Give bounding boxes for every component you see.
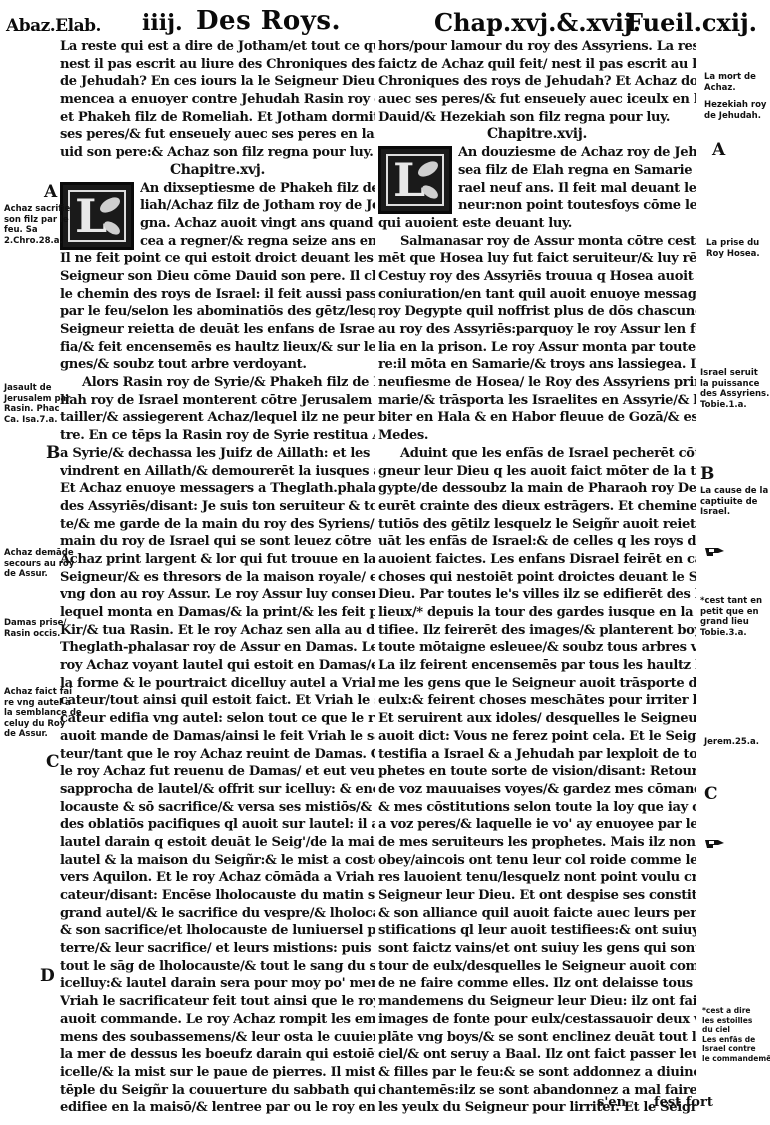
text-line: images de fonte pour eulx/cestassauoir d… [378,1011,696,1029]
text-line: des Assyriēs/disant: Je suis ton seruite… [60,498,375,516]
text-line: liah/Achaz filz de Jotham roy de Jehudah… [140,197,375,215]
margin-note: La prise duRoy Hosea. [706,238,760,259]
text-line: auoit mande de Damas/ainsi le feit Vriah… [60,728,375,746]
text-line: mandemens du Seigneur leur Dieu: ilz ont… [378,993,696,1011]
text-line: de voz mauuaises voyes/& gardez mes cōma… [378,781,696,799]
text-line: mēt que Hosea luy fut faict seruiteur/& … [378,250,696,268]
margin-letter-A: A [712,140,725,160]
text-line: Seigneur son Dieu cōme Dauid son pere. I… [60,268,375,286]
text-line: tout le sāg de lholocauste/& tout le san… [60,958,375,976]
margin-letter-A: A [44,182,57,202]
text-line: le chemin des roys de Israel: il feit au… [60,286,375,304]
text-line: neur:non point toutesfoys cōme les roys … [458,197,696,215]
catchword: fest fort [654,1095,713,1110]
initial-letter-glyph: L [75,191,107,241]
text-line: faictz de Achaz quil feit/ nest il pas e… [378,56,696,74]
text-line: le roy Achaz fut reuenu de Damas/ et eut… [60,763,375,781]
text-line: teur/tant que le roy Achaz reuint de Dam… [60,746,375,764]
text-line: a voz peres/& laquelle ie vo' ay enuoyee… [378,816,696,834]
text-line: icelluy:& lautel darain sera pour moy po… [60,975,375,993]
manicule-pointing-hand-icon [704,838,726,850]
text-line: lequel monta en Damas/& la print/& les f… [60,604,375,622]
text-line: mens des soubassemens/& leur osta le cuu… [60,1029,375,1047]
text-line: & mes cōstitutions selon toute la loy qu… [378,799,696,817]
text-line: edifiee en la maisō/& lentree par ou le … [60,1099,375,1117]
margin-note: Hezekiah royde Jehudah. [704,100,766,121]
text-line: icelle/& la mist sur le paue de pierres.… [60,1064,375,1082]
margin-note: Achaz demādesecours au roy de Assur. [4,548,74,580]
text-line: lautel & la maison du Seigñr:& le mist a… [60,852,375,870]
text-line: la forme & le pourtraict dicelluy autel … [60,675,375,693]
text-line: obey/aincois ont tenu leur col roide com… [378,852,696,870]
text-line: rael neuf ans. Il feit mal deuant le Sei… [458,180,696,198]
text-line: testifia a Israel & a Jehudah par lexplo… [378,746,696,764]
text-line: Cestuy roy des Assyriēs trouua q Hosea a… [378,268,696,286]
text-line: liah roy de Israel monterent cōtre Jerus… [60,392,375,410]
text-line: Salmanasar roy de Assur monta cōtre cest… [378,233,696,251]
text-line: cateur/disant: Encēse lholocauste du mat… [60,887,375,905]
text-line: biter en Hala & en Habor fleuue de Gozā/… [378,409,696,427]
text-line: locauste & sō sacrifice/& versa ses mist… [60,799,375,817]
text-line: et Phakeh filz de Romeliah. Et Jotham do… [60,109,375,127]
running-head: Abaz.Elab. iiij. Des Roys. Chap.xvj.&.xv… [0,4,770,40]
text-line: la mer de dessus les boeufz darain qui e… [60,1046,375,1064]
text-line: tre. En ce tēps la Rasin roy de Syrie re… [60,427,375,445]
text-line: tēple du Seigñr la couuerture du sabbath… [60,1082,375,1100]
text-line: eulx:& feirent choses meschātes pour irr… [378,692,696,710]
decorated-initial-L: L [60,182,134,250]
margin-letter-D: D [40,966,55,986]
text-line: roy Achaz voyant lautel qui estoit en Da… [60,657,375,675]
text-line: les yeulx du Seigneur pour lirriter. Et … [378,1099,696,1117]
text-line: La reste qui est a dire de Jotham/et tou… [60,38,375,56]
text-line: de mes seruiteurs les prophetes. Mais il… [378,834,696,852]
margin-note: *cest a direles estoilles du cielLes enf… [702,1006,770,1063]
margin-note: La mort deAchaz. [704,72,756,93]
text-line: res lauoient tenu/lesquelz nont point vo… [378,869,696,887]
text-line: nest il pas escrit au liure des Chroniqu… [60,56,375,74]
text-line: choses qui nestoiēt point droictes deuan… [378,569,696,587]
text-line: tailler/& assiegerent Achaz/lequel ilz n… [60,409,375,427]
running-head-chapter: Chap.xvj.&.xvij. [434,8,641,37]
text-line: Kir/& tua Rasin. Et le roy Achaz sen all… [60,622,375,640]
running-head-book-number: iiij. [142,10,183,36]
text-line: re:il mōta en Samarie/& troys ans lassie… [378,356,696,374]
text-line: Achaz print largent & lor qui fut trouue… [60,551,375,569]
text-line: & son sacrifice/et lholocauste de luniue… [60,922,375,940]
text-line: gneur leur Dieu q les auoit faict mōter … [378,463,696,481]
text-line: cea a regner/& regna seize ans en Jerusa… [140,233,375,251]
text-line: par le feu/selon les abominatiōs des gēt… [60,303,375,321]
text-line: tour de eulx/desquelles le Seigneur auoi… [378,958,696,976]
text-line: lautel darain q estoit deuāt le Seig'/de… [60,834,375,852]
text-line: Et Achaz enuoye messagers a Theglath.pha… [60,480,375,498]
running-head-margin-note: Abaz.Elab. [6,16,101,36]
text-line: Seigneur reietta de deuāt les enfans de … [60,321,375,339]
text-line: lia en la prison. Le roy Assur monta par… [378,339,696,357]
text-line: tifiee. Ilz feirerēt des images/& plante… [378,622,696,640]
text-line: stifications ql leur auoit testifiees:& … [378,922,696,940]
catchword: s'en [597,1095,626,1110]
margin-note: Jerem.25.a. [704,737,759,748]
text-line: de ne faire comme elles. Ilz ont delaiss… [378,975,696,993]
left-text-column: La reste qui est a dire de Jotham/et tou… [60,38,375,1117]
margin-note: *cest tant enpetit que en grand lieuTobi… [700,596,762,638]
text-line: grand autel/& le sacrifice du vespre/& l… [60,905,375,923]
text-line: tutiōs des gētilz lesquelz le Seigñr auo… [378,516,696,534]
text-line: An dixseptiesme de Phakeh filz de Rome= [140,180,375,198]
text-line: marie/& trāsporta les Israelites en Assy… [378,392,696,410]
left-column-opening-lines: La reste qui est a dire de Jotham/et tou… [60,38,375,162]
text-line: La ilz feirent encensemēs par tous les h… [378,657,696,675]
margin-letter-C: C [46,752,60,772]
text-line: mencea a enuoyer contre Jehudah Rasin ro… [60,91,375,109]
text-line: roy Degypte quil noffrist plus de dōs ch… [378,303,696,321]
text-line: terre/& leur sacrifice/ et leurs mistion… [60,940,375,958]
text-line: uāt les enfās de Israel:& de celles q le… [378,533,696,551]
text-line: eurēt crainte des dieux estrāgers. Et ch… [378,498,696,516]
text-line: & son alliance quil auoit faicte auec le… [378,905,696,923]
text-line: cateur edifia vng autel: selon tout ce q… [60,710,375,728]
text-line: neufiesme de Hosea/ le Roy des Assyriens… [378,374,696,392]
margin-note: Achaz faict faire vng autel a la semblan… [4,687,82,740]
text-line: au roy des Assyriēs:parquoy le roy Assur… [378,321,696,339]
text-line: de Jehudah? En ces iours la le Seigneur … [60,73,375,91]
text-line: a Syrie/& dechassa les Juifz de Aillath:… [60,445,375,463]
decorated-initial-L: L [378,146,452,214]
right-column-opening-lines: hors/pour lamour du roy des Assyriens. L… [378,38,696,126]
margin-note: Damas prise/Rasin occis. [4,618,67,639]
text-line: lieux/* depuis la tour des gardes iusque… [378,604,696,622]
text-line: gnes/& soubz tout arbre verdoyant. [60,356,375,374]
text-line: plāte vng boys/& se sont enclinez deuāt … [378,1029,696,1047]
text-line: hors/pour lamour du roy des Assyriens. L… [378,38,696,56]
text-line: An douziesme de Achaz roy de Jehudah/Ho [458,144,696,162]
text-line: auoit dict: Vous ne ferez point cela. Et… [378,728,696,746]
text-line: coniuration/en tant quil auoit enuoye me… [378,286,696,304]
margin-letter-B: B [700,464,714,484]
text-line: Seigneur/& es thresors de la maison roya… [60,569,375,587]
text-line: ses peres/& fut enseuely auec ses peres … [60,126,375,144]
text-line: Vriah le sacrificateur feit tout ainsi q… [60,993,375,1011]
margin-letter-C: C [704,784,718,804]
text-line: Dieu. Par toutes le's villes ilz se edif… [378,586,696,604]
text-line: vng don au roy Assur. Le roy Assur luy c… [60,586,375,604]
initial-letter-glyph: L [393,155,425,205]
text-line: toute mōtaigne esleuee/& soubz tous arbr… [378,639,696,657]
text-line: qui auoient este deuant luy. [378,215,696,233]
chapter-heading-16: Chapitre.xvj. [60,162,375,180]
text-line: Theglath-phalasar roy de Assur en Damas.… [60,639,375,657]
text-line: Medes. [378,427,696,445]
text-line: main du roy de Israel qui se sont leuez … [60,533,375,551]
running-head-folio: Fueil.cxij. [626,8,757,37]
text-line: ciel/& ont seruy a Baal. Ilz ont faict p… [378,1046,696,1064]
margin-note: Jasault deJerusalem par Rasin. PhacCa. I… [4,383,70,425]
text-line: sea filz de Elah regna en Samarie sur Is… [458,162,696,180]
text-line: Seigneur leur Dieu. Et ont despise ses c… [378,887,696,905]
right-text-column: hors/pour lamour du roy des Assyriens. L… [378,38,696,1117]
text-line: gna. Achaz auoit vingt ans quand il cōme… [140,215,375,233]
text-line: te/& me garde de la main du roy des Syri… [60,516,375,534]
chapter-heading-17: Chapitre.xvij. [378,126,696,144]
text-line: fia/& feit encensemēs es haultz lieux/& … [60,339,375,357]
margin-note: Israel seruitla puissance des Assyriens.… [700,368,769,410]
text-line: auec ses peres/& fut enseuely auec iceul… [378,91,696,109]
text-line: Aduint que les enfās de Israel pecherēt … [378,445,696,463]
text-line: Dauid/& Hezekiah son filz regna pour luy… [378,109,696,127]
text-line: Alors Rasin roy de Syrie/& Phakeh filz d… [60,374,375,392]
text-line: auoit commande. Le roy Achaz rompit les … [60,1011,375,1029]
chapter-16-opening: L An dixseptiesme de Phakeh filz de Rome… [60,180,375,251]
manicule-pointing-hand-icon [704,546,726,558]
text-line: me les gens que le Seigneur auoit trāspo… [378,675,696,693]
text-line: chantemēs:ilz se sont abandonnez a mal f… [378,1082,696,1100]
text-line: phetes en toute sorte de vision/disant: … [378,763,696,781]
text-line: des oblatiōs pacifiques ql auoit sur lau… [60,816,375,834]
margin-note: Achaz sacrifieson filz par le feu. Sa2.C… [4,204,70,246]
text-line: Il ne feit point ce qui estoit droict de… [60,250,375,268]
margin-note: La cause de lacaptiuite de Israel. [700,486,768,518]
text-line: Et seruirent aux idoles/ desquelles le S… [378,710,696,728]
text-line: sapprocha de lautel/& offrit sur icelluy… [60,781,375,799]
running-head-title: Des Roys. [196,6,341,36]
text-line: Chroniques des roys de Jehudah? Et Achaz… [378,73,696,91]
margin-letter-B: B [46,443,60,463]
text-line: auoient faictes. Les enfans Disrael feir… [378,551,696,569]
text-line: cateur/tout ainsi quil estoit faict. Et … [60,692,375,710]
right-column-body: qui auoient este deuant luy.Salmanasar r… [378,215,696,1117]
text-line: gypte/de dessoubz la main de Pharaoh roy… [378,480,696,498]
text-line: vers Aquilon. Et le roy Achaz cōmāda a V… [60,869,375,887]
text-line: sont faictz vains/et ont suiuy les gens … [378,940,696,958]
book-page: Abaz.Elab. iiij. Des Roys. Chap.xvj.&.xv… [0,0,770,1125]
left-column-body: Il ne feit point ce qui estoit droict de… [60,250,375,1117]
text-line: vindrent en Aillath/& demourerēt la iusq… [60,463,375,481]
text-line: & filles par le feu:& se sont addonnez a… [378,1064,696,1082]
chapter-17-opening: L An douziesme de Achaz roy de Jehudah/H… [378,144,696,215]
text-line: uid son pere:& Achaz son filz regna pour… [60,144,375,162]
